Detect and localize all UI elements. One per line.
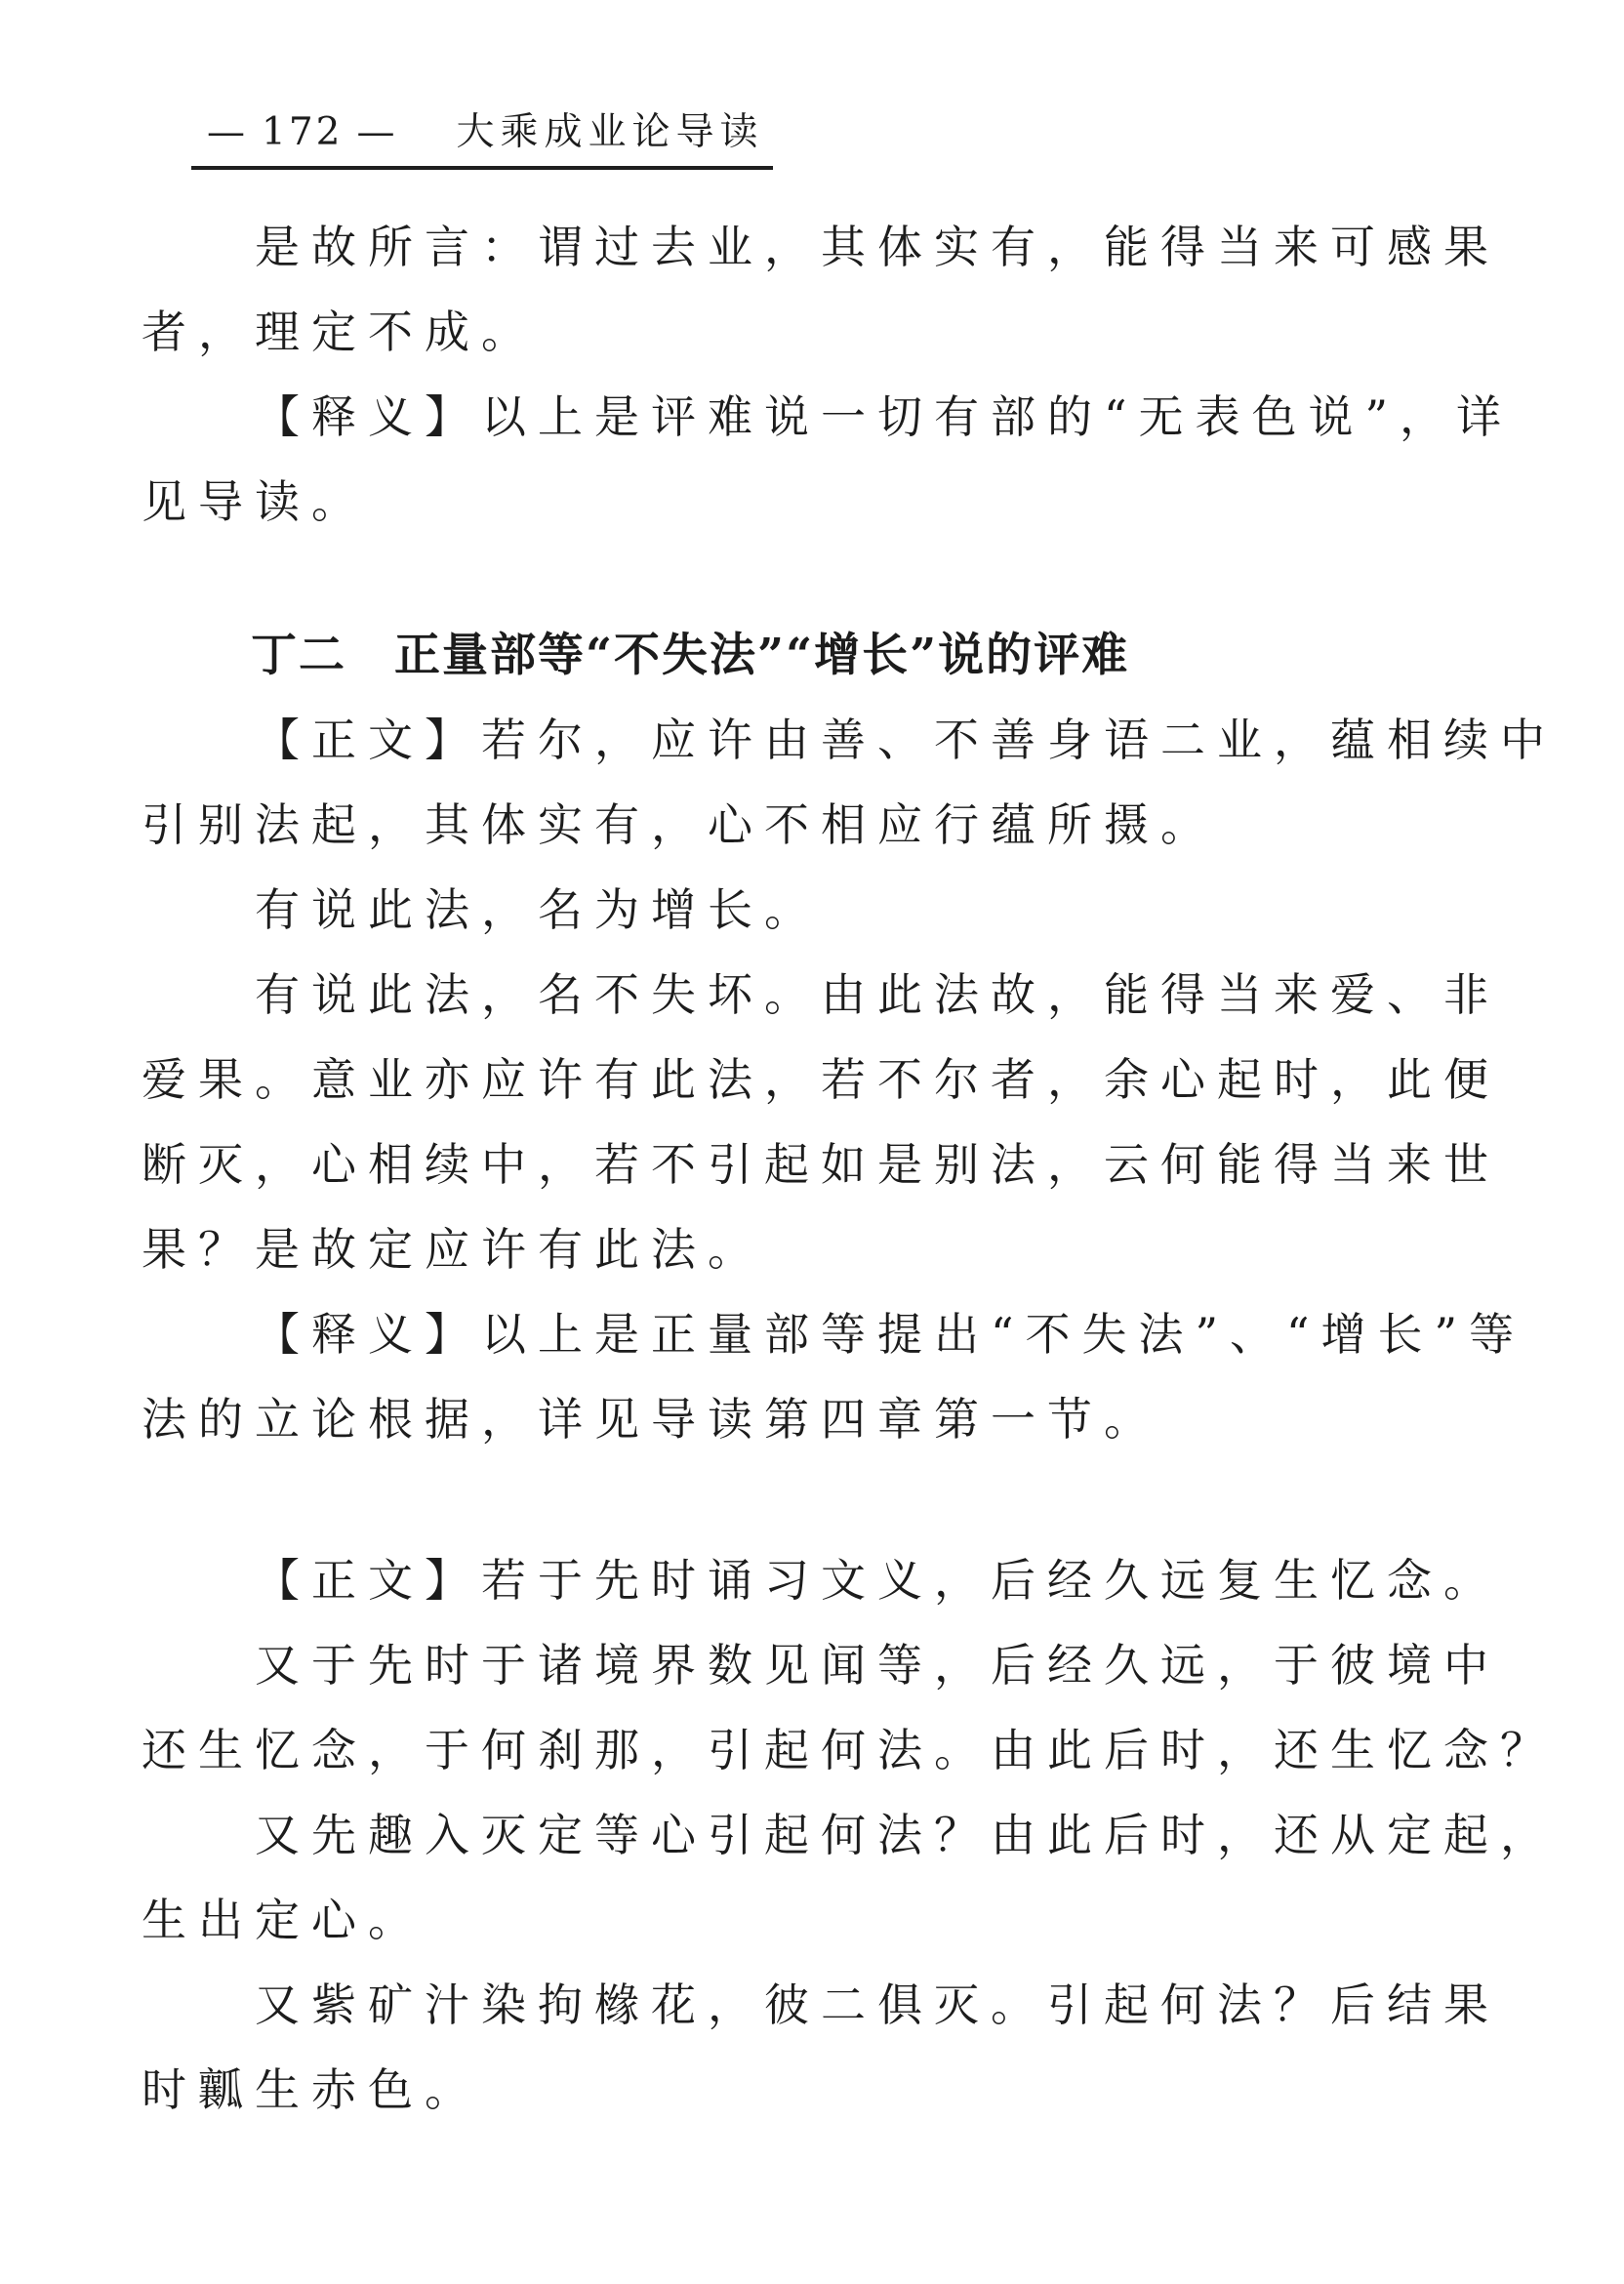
paragraph-gap xyxy=(142,545,1500,613)
page-body: 是故所言：谓过去业，其体实有，能得当来可感果 者，理定不成。 【释义】以上是评难… xyxy=(142,205,1500,2133)
text-line: 断灭，心相续中，若不引起如是别法，云何能得当来世 xyxy=(142,1122,1500,1207)
text-line: 有说此法，名为增长。 xyxy=(142,868,1500,953)
text-line: 【正文】若于先时诵习文义，后经久远复生忆念。 xyxy=(142,1538,1500,1623)
text-line: 法的立论根据，详见导读第四章第一节。 xyxy=(142,1377,1500,1462)
book-page: —172—大乘成业论导读 是故所言：谓过去业，其体实有，能得当来可感果 者，理定… xyxy=(0,0,1624,2284)
text-line: 是故所言：谓过去业，其体实有，能得当来可感果 xyxy=(142,205,1500,290)
text-line: 又先趣入灭定等心引起何法？由此后时，还从定起， xyxy=(142,1793,1500,1878)
running-header: —172—大乘成业论导读 xyxy=(191,102,773,170)
text-line: 者，理定不成。 xyxy=(142,290,1500,375)
text-line: 生出定心。 xyxy=(142,1878,1500,1963)
text-line: 爱果。意业亦应许有此法，若不尔者，余心起时，此便 xyxy=(142,1038,1500,1122)
text-line: 【释义】以上是评难说一切有部的“无表色说”，详 xyxy=(142,375,1500,460)
text-line: 又于先时于诸境界数见闻等，后经久远，于彼境中 xyxy=(142,1623,1500,1708)
section-heading: 丁二 正量部等“不失法”“增长”说的评难 xyxy=(142,613,1500,698)
text-line: 引别法起，其体实有，心不相应行蕴所摄。 xyxy=(142,783,1500,868)
text-line: 【正文】若尔，应许由善、不善身语二业，蕴相续中 xyxy=(142,698,1500,783)
book-title: 大乘成业论导读 xyxy=(456,102,763,156)
page-number: 172 xyxy=(262,110,343,154)
page-number-dash-right: — xyxy=(356,110,397,154)
text-line: 又紫矿汁染拘橼花，彼二俱灭。引起何法？后结果 xyxy=(142,1963,1500,2048)
text-line: 果？是故定应许有此法。 xyxy=(142,1207,1500,1292)
page-number-dash-left: — xyxy=(207,110,248,154)
text-line: 时瓤生赤色。 xyxy=(142,2048,1500,2133)
text-line: 【释义】以上是正量部等提出“不失法”、“增长”等 xyxy=(142,1292,1500,1377)
text-line: 有说此法，名不失坏。由此法故，能得当来爱、非 xyxy=(142,953,1500,1038)
text-line: 见导读。 xyxy=(142,460,1500,545)
text-line: 还生忆念，于何刹那，引起何法。由此后时，还生忆念？ xyxy=(142,1708,1500,1793)
paragraph-gap xyxy=(142,1462,1500,1538)
